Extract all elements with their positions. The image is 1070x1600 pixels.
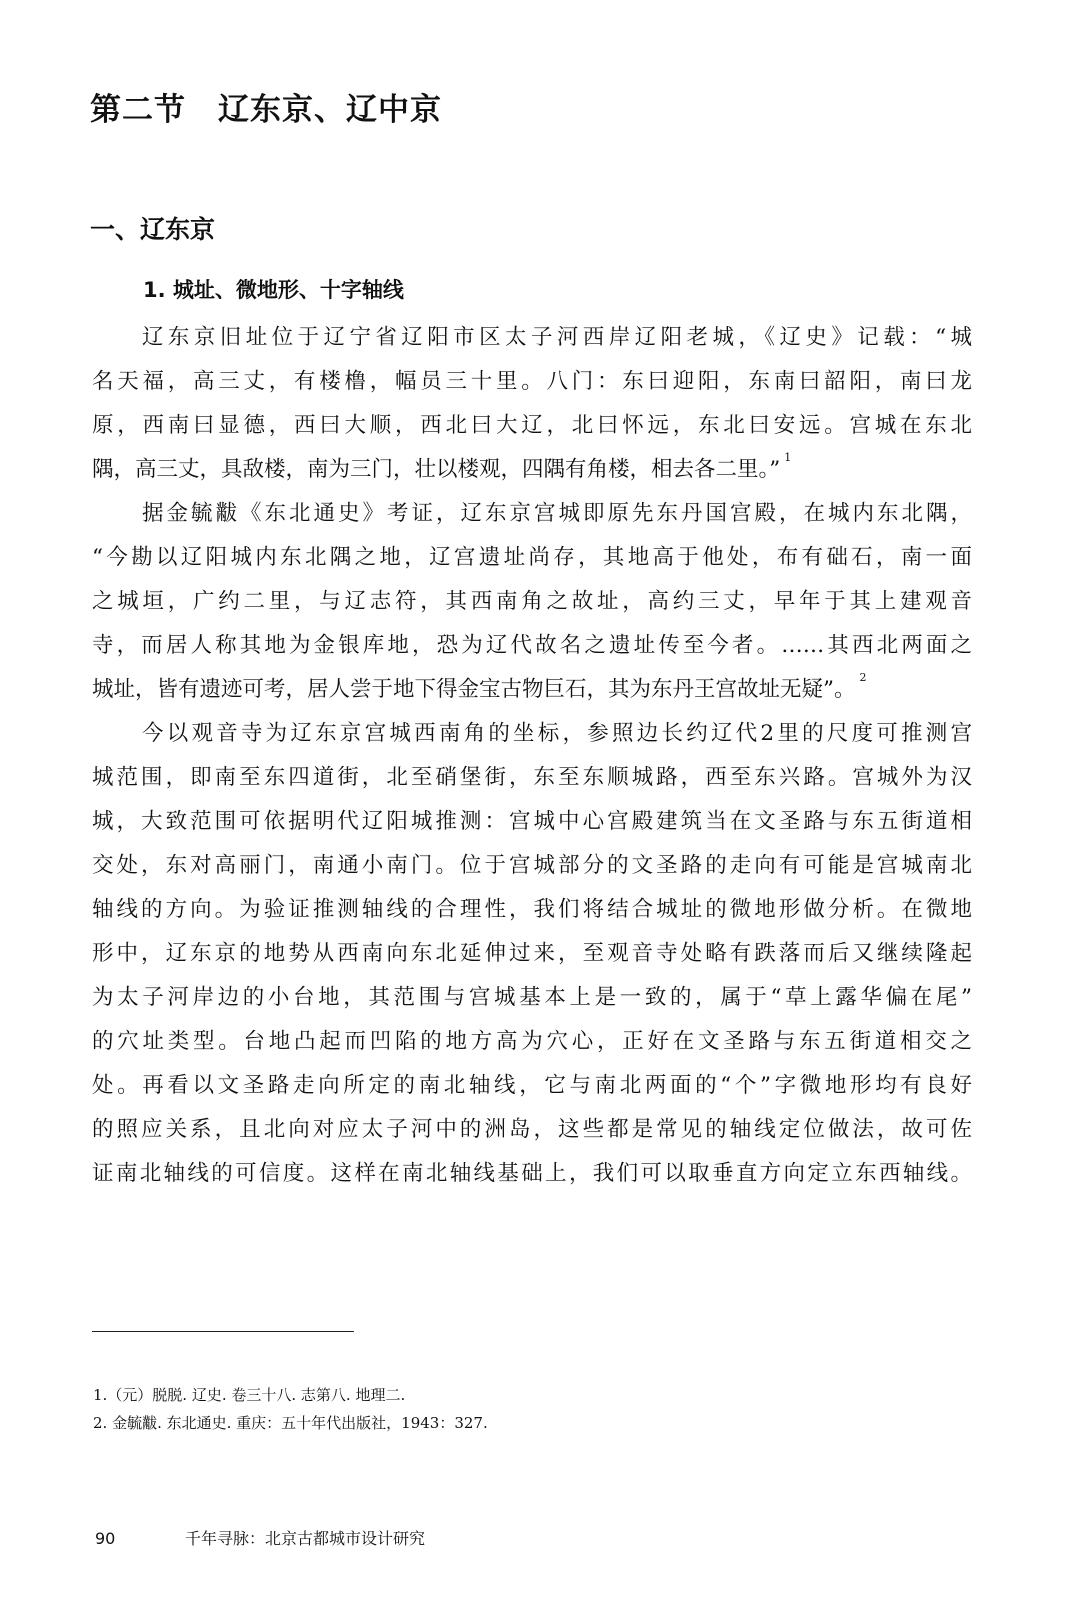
text-line: 形中，辽东京的地势从西南向东北延伸过来，至观音寺处略有跌落而后又继续隆起 xyxy=(92,932,972,976)
text-line: 据金毓黻《东北通史》考证，辽东京宫城即原先东丹国宫殿，在城内东北隅， xyxy=(92,492,972,536)
text-line: 辽东京旧址位于辽宁省辽阳市区太子河西岸辽阳老城，《辽史》记载：“城 xyxy=(92,316,972,360)
body-text: 辽东京旧址位于辽宁省辽阳市区太子河西岸辽阳老城，《辽史》记载：“城 名天福，高三… xyxy=(92,316,972,1196)
footnote-2: 2. 金毓黻. 东北通史. 重庆：五十年代出版社，1943：327. xyxy=(93,1409,488,1437)
chapter-section-label: 第二节 xyxy=(90,92,186,128)
paragraph: 辽东京旧址位于辽宁省辽阳市区太子河西岸辽阳老城，《辽史》记载：“城 名天福，高三… xyxy=(92,316,972,492)
text-line: 处。再看以文圣路走向所定的南北轴线，它与南北两面的“个”字微地形均有良好 xyxy=(92,1064,972,1108)
book-title: 千年寻脉：北京古都城市设计研究 xyxy=(185,1529,425,1548)
paragraph: 今以观音寺为辽东京宫城西南角的坐标，参照边长约辽代2里的尺度可推测宫 城范围，即… xyxy=(92,712,972,1196)
footnotes: 1.（元）脱脱. 辽史. 卷三十八. 志第八. 地理二. 2. 金毓黻. 东北通… xyxy=(93,1381,488,1437)
text-line: 城，大致范围可依据明代辽阳城推测：宫城中心宫殿建筑当在文圣路与东五街道相 xyxy=(92,800,972,844)
footnote-1: 1.（元）脱脱. 辽史. 卷三十八. 志第八. 地理二. xyxy=(93,1381,488,1409)
paragraph: 据金毓黻《东北通史》考证，辽东京宫城即原先东丹国宫殿，在城内东北隅， “今勘以辽… xyxy=(92,492,972,712)
footnote-divider xyxy=(92,1331,354,1332)
page-footer: 90千年寻脉：北京古都城市设计研究 xyxy=(95,1526,425,1549)
text-line: 寺，而居人称其地为金银库地，恐为辽代故名之遗址传至今者。……其西北两面之 xyxy=(92,624,972,668)
text-line: 为太子河岸边的小台地，其范围与宫城基本上是一致的，属于“草上露华偏在尾” xyxy=(92,976,972,1020)
text-line: 城范围，即南至东四道街，北至硝堡街，东至东顺城路，西至东兴路。宫城外为汉 xyxy=(92,756,972,800)
chapter-title-text: 辽东京、辽中京 xyxy=(218,92,442,128)
text-line: 的照应关系，且北向对应太子河中的洲岛，这些都是常见的轴线定位做法，故可佐 xyxy=(92,1108,972,1152)
footnote-ref: 2 xyxy=(860,671,867,684)
chapter-title: 第二节辽东京、辽中京 xyxy=(90,84,442,129)
text-line: 今以观音寺为辽东京宫城西南角的坐标，参照边长约辽代2里的尺度可推测宫 xyxy=(92,712,972,756)
section-title: 一、辽东京 xyxy=(90,210,215,246)
text-line: 隅，高三丈，具敌楼，南为三门，壮以楼观，四隅有角楼，相去各二里。”1 xyxy=(92,448,972,492)
text-line: 之城垣，广约二里，与辽志符，其西南角之故址，高约三丈，早年于其上建观音 xyxy=(92,580,972,624)
book-page: 第二节辽东京、辽中京 一、辽东京 1. 城址、微地形、十字轴线 辽东京旧址位于辽… xyxy=(0,0,1070,1600)
subsection-title: 1. 城址、微地形、十字轴线 xyxy=(143,274,404,304)
text-line: 轴线的方向。为验证推测轴线的合理性，我们将结合城址的微地形做分析。在微地 xyxy=(92,888,972,932)
text-line: 城址，皆有遗迹可考，居人尝于地下得金宝古物巨石，其为东丹王宫故址无疑”。2 xyxy=(92,668,972,712)
page-number: 90 xyxy=(95,1529,185,1548)
text-line-content: 隅，高三丈，具敌楼，南为三门，壮以楼观，四隅有角楼，相去各二里。” xyxy=(92,457,780,482)
text-line: 证南北轴线的可信度。这样在南北轴线基础上，我们可以取垂直方向定立东西轴线。 xyxy=(92,1152,972,1196)
text-line: 原，西南曰显德，西曰大顺，西北曰大辽，北曰怀远，东北曰安远。宫城在东北 xyxy=(92,404,972,448)
text-line: 名天福，高三丈，有楼橹，幅员三十里。八门：东曰迎阳，东南曰韶阳，南曰龙 xyxy=(92,360,972,404)
footnote-ref: 1 xyxy=(784,451,791,464)
text-line-content: 城址，皆有遗迹可考，居人尝于地下得金宝古物巨石，其为东丹王宫故址无疑”。 xyxy=(92,677,856,702)
text-line: “今勘以辽阳城内东北隅之地，辽宫遗址尚存，其地高于他处，布有础石，南一面 xyxy=(92,536,972,580)
text-line: 的穴址类型。台地凸起而凹陷的地方高为穴心，正好在文圣路与东五街道相交之 xyxy=(92,1020,972,1064)
text-line: 交处，东对高丽门，南通小南门。位于宫城部分的文圣路的走向有可能是宫城南北 xyxy=(92,844,972,888)
